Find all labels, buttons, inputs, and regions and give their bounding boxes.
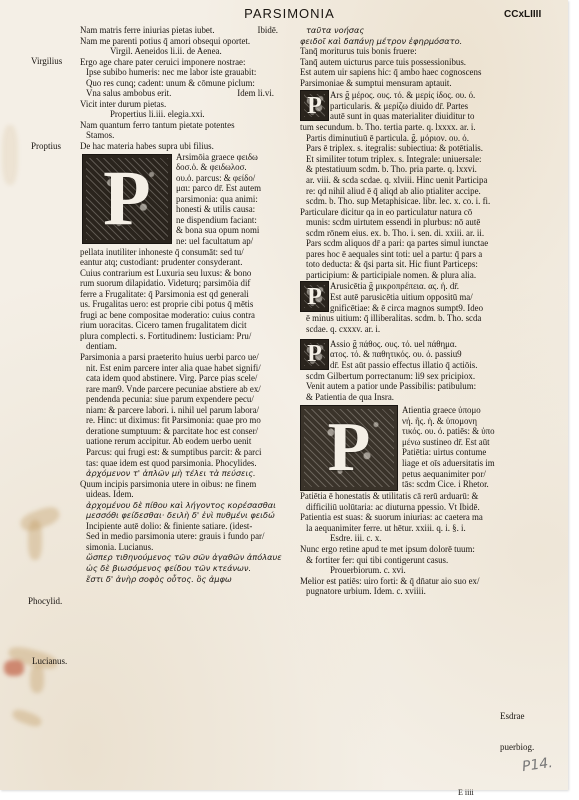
text-line: Patiētia: uirtus contume: [402, 447, 495, 458]
initial-side-text: Atientia graece ὑπομο νή. ῆς. ἡ. & ὑπομο…: [402, 405, 495, 489]
text-line: re. Hinc: ut diximus: fit Parsimonia: qu…: [80, 415, 294, 426]
text-line: plura complecti. s. Fortitudinem: Iustic…: [80, 331, 294, 342]
text-line: τικός. ου. ό. patiēs: & ὑπο: [402, 426, 495, 437]
text-line: ατος. τό. & παθητικός. ου. ό. passiu9: [330, 349, 477, 360]
text-line: νή. ῆς. ἡ. & ὑπομονη: [402, 416, 495, 427]
text-line: frugi ac bene compositae moderatio: cuiu…: [80, 310, 294, 321]
text-line: rare man9. Vnde parcere pecuniae abstier…: [80, 384, 294, 395]
text-line: Melior est patiēs: uiro forti: & q̄ dn̄a…: [300, 576, 512, 587]
text-line: De hac materia habes supra ubi filius.: [80, 141, 294, 152]
text-line: scdae. q. cxxxv. ar. i.: [300, 324, 512, 335]
text-line: pendenda pecunia: siue parum expendere p…: [80, 394, 294, 405]
text-line: uatione rerum accipitur. Ab eodem uerbo …: [80, 436, 294, 447]
text-line: Patiētia ē honestatis & utilitatis cā re…: [300, 491, 512, 502]
text-line: parsimonia: qua animi:: [176, 194, 261, 205]
text-line: μαι: parco dr̄. Est autem: [176, 183, 261, 194]
margin-note-virgilius: Virgilius: [31, 56, 62, 66]
margin-note-propertius: Proptius: [31, 141, 61, 151]
text-line: Tanq̄ autem uicturus parce tuis possessi…: [300, 57, 512, 68]
initial-side-text: Ars g̃ μέρος. ους. τό. & μερίς ίδος. ου.…: [330, 90, 475, 122]
text-line: Tanq̄ moriturus tuis bonis fruere:: [300, 46, 512, 57]
right-column: ταῦτα νοήσας φειδοῖ καὶ δαπάνῃ μέτρον ἐφ…: [300, 25, 512, 597]
text-line: cata idem quod abstinere. Virg. Parce pi…: [80, 373, 294, 384]
text-line: re: qd nihil aliud ē q̄ aliqd ab alio pt…: [300, 186, 512, 197]
text-line: Stamos.: [80, 130, 294, 141]
greek-text-line: ἔστι δ' ἀνὴρ σοφὸς οὗτος. ὃς ἀμφω: [80, 574, 294, 585]
text-line: eantur atq; custodiant: prudenter consyd…: [80, 257, 294, 268]
text-line: ου.ὁ. parcus: & φείδο/: [176, 173, 261, 184]
text-line: pellata inutiliter inhoneste q̄ consumāt…: [80, 247, 294, 258]
text-line: rum suorum dilapidatio. Videturq; parsim…: [80, 278, 294, 289]
greek-text-line: ὥσπερ τιθηνούμενος τῶν σῶν ἀγαθῶν ἀπόλαυ…: [80, 552, 294, 563]
text-line: Quum incipis parsimonia utere in oibus: …: [80, 479, 294, 490]
initial-paragraph: P Ars g̃ μέρος. ους. τό. & μερίς ίδος. ο…: [300, 90, 512, 122]
text-line: Ipse subibo humeris: nec me labor iste g…: [80, 67, 294, 78]
greek-text-line: ταῦτα νοήσας: [300, 25, 512, 36]
text-line: ar. viii. & scda scdae. q. xlviii. Hinc …: [300, 175, 512, 186]
text-line: Virgil. Aeneidos li.ii. de Aenea.: [80, 46, 294, 57]
text-line: toto deducta: & q̄si parta sit. Hic fiun…: [300, 259, 512, 270]
text-line: us. Frugalitas uero: est proprie cibi po…: [80, 299, 294, 310]
text-line: Vicit inter durum pietas.: [80, 99, 294, 110]
text-line: participium: & participiale nomen. & plu…: [300, 270, 512, 281]
text-line: munis: scdm uirtutem essendi in plurbus:…: [300, 217, 512, 228]
text-line: nit. Est enim parcere inter alia quae ha…: [80, 363, 294, 374]
text-line: Particulare dicitur qa in eo particulatu…: [300, 207, 512, 218]
text-line: Esdre. iii. c. x.: [300, 533, 512, 544]
text-line: petus aequanimiter por/: [402, 469, 495, 480]
text-line: honesti & utilis causa:: [176, 204, 261, 215]
decorated-initial-p: P: [82, 154, 172, 244]
text-line: Incipiente autē dolio: & finiente satiar…: [80, 521, 294, 532]
text-line: μένω sustineo dr̄. Est aūt: [402, 437, 495, 448]
text-line: & bona sua opum nomi: [176, 225, 261, 236]
text-line: niam: & parcere labori. i. nihil uel par…: [80, 405, 294, 416]
text-line: Propertius li.iii. elegia.xxi.: [80, 109, 294, 120]
greek-text-line: μεσσόθι φείδεσθαι· δειλὴ δ' ἐνὶ πυθμένι …: [80, 510, 294, 521]
margin-note-proverbiorum: puerbiog.: [500, 742, 534, 752]
text-line: Nam matris ferre iniurias pietas iubet.I…: [80, 25, 294, 36]
text-line: Et similiter totum triplex. s. Integrale…: [300, 154, 512, 165]
decorated-initial-p: P: [300, 339, 329, 370]
text-line: Atientia graece ὑπομο: [402, 405, 495, 416]
text-line: Nam me parenti potius q̄ amori obsequi o…: [80, 36, 294, 47]
greek-text-line: ἀρχόμενον τ' ἀπλῶν μὴ τέλει τὰ πεύσεις.: [80, 468, 294, 479]
greek-text-line: ἀρχομένου δὲ πίθου καὶ λήγοντος κορέσασθ…: [80, 500, 294, 511]
text-line: Parcus: qui frugi est: & sumptibus parci…: [80, 447, 294, 458]
initial-side-text: Assio g̃ πάθος. ους. τό. uel πάθημα. ατο…: [330, 339, 477, 371]
red-stain: [4, 660, 24, 676]
initial-side-text: Arusicētia g̃ μικροπρέπεια. ας. ἡ. dr̄. …: [330, 281, 483, 313]
text-line: rium uoracitas. Cicero tamen frugalitate…: [80, 320, 294, 331]
text-line: δοσ.ὁ. & φειδωλοσ.: [176, 162, 261, 173]
text-line: Pars scdm aliquos dr̄ a pari: qa partes …: [300, 238, 512, 249]
greek-text-line: φειδοῖ καὶ δαπάνῃ μέτρον ἐφηρμόσατο.: [300, 36, 512, 47]
text-line: ne: uel facultatum ap/: [176, 236, 261, 247]
text-line: autē sunt in quas materialiter diuiditur…: [330, 111, 475, 122]
folio-number: CCxLIIII: [504, 9, 541, 20]
initial-side-text: Arsimōia graece φειδω δοσ.ὁ. & φειδωλοσ.…: [176, 152, 261, 247]
text-line: particularis. & μερίζω diuido dr̄. Parte…: [330, 101, 475, 112]
margin-note-lucianus: Lucianus.: [32, 656, 67, 666]
text-line: Est autem uir sapiens hic: q̄ ambo haec …: [300, 67, 512, 78]
text-line: Patientia est suas: & suorum iniurias: a…: [300, 512, 512, 523]
decorated-initial-p: P: [300, 90, 329, 121]
text-line: ē minus uitium: q̄ illiberalitas. scdm. …: [300, 313, 512, 324]
text-line: gnificētiae: & ē circa magnos sumpt9. Id…: [330, 303, 483, 314]
text-line: tas: quae idem est quod parsimonia. Phoc…: [80, 458, 294, 469]
text-line: scdm Gilbertum porrectanum: li9 sex pric…: [300, 371, 512, 382]
initial-paragraph: P Arsimōia graece φειδω δοσ.ὁ. & φειδωλο…: [80, 152, 294, 247]
decorated-initial-p: P: [300, 405, 398, 491]
text-line: pugnatore urbium. Idem. c. xviiii.: [300, 586, 512, 597]
text-line: dentiam.: [80, 341, 294, 352]
margin-note-esdrae: Esdrae: [500, 711, 525, 721]
text-line: tum secundum. b. Tho. tertia parte. q. l…: [300, 122, 512, 133]
water-stain: [11, 707, 43, 729]
greek-text-line: ὡς δὲ βιωσόμενος φείδου τῶν κτεάνων.: [80, 563, 294, 574]
page-title: PARSIMONIA: [0, 6, 579, 21]
text-line: & ptestatiuum scdm. b. Tho. pria parte. …: [300, 164, 512, 175]
water-stain: [30, 665, 44, 693]
signature-mark: E iiii: [458, 788, 474, 797]
text-line: Vna salus ambobus erit.Idem li.vi.: [80, 88, 294, 99]
text-line: Prouerbiorum. c. xvi.: [300, 565, 512, 576]
text-line: Nunc ergo retine apud te met ipsum dolor…: [300, 544, 512, 555]
text-line: Ars g̃ μέρος. ους. τό. & μερίς ίδος. ου.…: [330, 90, 475, 101]
text-line: Assio g̃ πάθος. ους. τό. uel πάθημα.: [330, 339, 477, 350]
text-line: Est autē parusicētia uitium oppositū ma/: [330, 292, 483, 303]
text-line: Cuius contrarium est Luxuria seu luxus: …: [80, 268, 294, 279]
text-line: Arusicētia g̃ μικροπρέπεια. ας. ἡ. dr̄.: [330, 281, 483, 292]
water-stain: [28, 520, 42, 560]
text-line: Partis diminutiuū ē particula. g̃. μόριο…: [300, 133, 512, 144]
text-line: simonia. Lucianus.: [80, 542, 294, 553]
text-line: tās: scdm Cice. i Rhetor.: [402, 479, 495, 490]
text-line: Ergo age chare pater ceruici imponere no…: [80, 57, 294, 68]
text-line: Venit autem a patior unde Passibilis: pa…: [300, 381, 512, 392]
margin-note-phocylid: Phocylid.: [28, 596, 62, 606]
initial-paragraph: P Atientia graece ὑπομο νή. ῆς. ἡ. & ὑπο…: [300, 405, 512, 491]
text-line: Arsimōia graece φειδω: [176, 152, 261, 163]
text-line: Parsimonia a parsi praeterito huius uerb…: [80, 352, 294, 363]
initial-paragraph: P Assio g̃ πάθος. ους. τό. uel πάθημα. α…: [300, 339, 512, 371]
text-line: ferre a Frugalitate: q̄ Parsimonia est q…: [80, 289, 294, 300]
text-line: scdm rōnem eius. ex. b. Tho. i. sen. di.…: [300, 228, 512, 239]
text-line: la aequanimiter ferre. ut hētur. xxiii. …: [300, 523, 512, 534]
text-line: scdm. b. Tho. sup Metaphisicae. libr. le…: [300, 196, 512, 207]
text-line: Pars ē triplex. s. itegralis: subiectiua…: [300, 143, 512, 154]
water-stain: [2, 125, 18, 185]
text-line: uideas. Idem.: [80, 489, 294, 500]
text-line: Sed in medio parsimonia utere: grauis i …: [80, 531, 294, 542]
text-line: & Patientia de qua Insra.: [300, 392, 512, 403]
text-line: liage et oīs aduersitatis im: [402, 458, 495, 469]
text-line: ne dispendium faciant:: [176, 215, 261, 226]
text-line: deratione sumptuum: & parcitate hoc est …: [80, 426, 294, 437]
initial-paragraph: P Arusicētia g̃ μικροπρέπεια. ας. ἡ. dr̄…: [300, 281, 512, 313]
text-line: Nam quantum ferro tantum pietate potente…: [80, 120, 294, 131]
text-line: & fortiter fer: qui tibi contigerunt cas…: [300, 555, 512, 566]
text-line: pares hoc ē aequales sint toti: uel a pa…: [300, 249, 512, 260]
text-line: Parsimoniae & sumptui mensuram aptauit.: [300, 78, 512, 89]
text-line: dr̄. Est aūt passio effectus illatio q̄ …: [330, 360, 477, 371]
text-line: difficiliū uolūtaria: ac diuturna ppessi…: [300, 502, 512, 513]
left-column: Nam matris ferre iniurias pietas iubet.I…: [80, 25, 294, 584]
text-line: Quo res cunq; cadent: unum & cōmune picl…: [80, 78, 294, 89]
decorated-initial-p: P: [300, 281, 329, 312]
